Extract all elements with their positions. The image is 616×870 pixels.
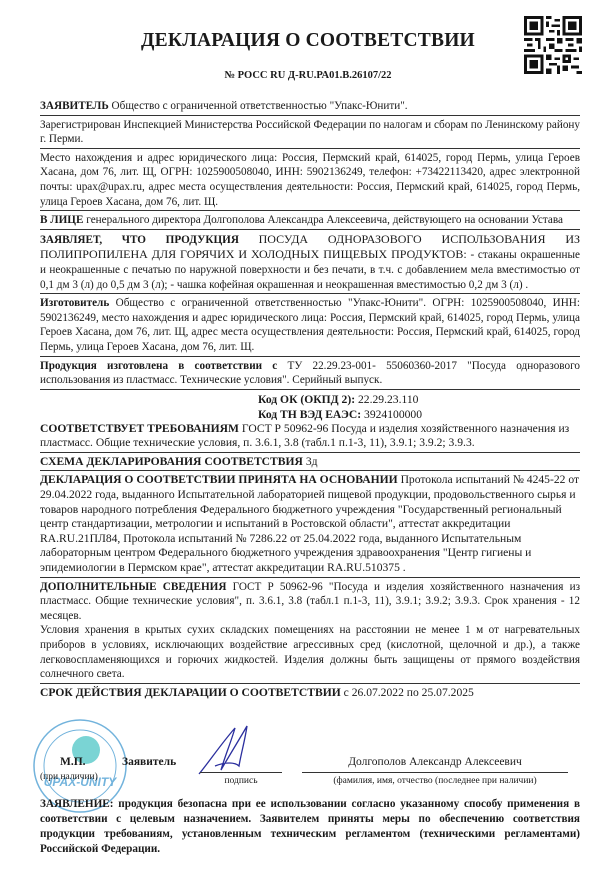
conforms-section: СООТВЕТСТВУЕТ ТРЕБОВАНИЯМ ГОСТ Р 50962-9… xyxy=(40,422,580,453)
represented-by-label: В ЛИЦЕ xyxy=(40,214,83,226)
name-line xyxy=(302,772,568,773)
seal-label: М.П. xyxy=(60,756,86,768)
produced-per-label: Продукция изготовлена в соответствии с xyxy=(40,360,277,372)
manufacturer-label: Изготовитель xyxy=(40,297,109,309)
okpd-code: Код ОК (ОКПД 2): 22.29.23.110 xyxy=(258,392,580,407)
storage-conditions: Условия хранения в крытых сухих складски… xyxy=(40,623,580,681)
tnved-label: Код ТН ВЭД ЕАЭС: xyxy=(258,408,361,421)
validity-label: СРОК ДЕЙСТВИЯ ДЕКЛАРАЦИИ О СООТВЕТСТВИИ xyxy=(40,686,341,699)
basis-label: ДЕКЛАРАЦИЯ О СООТВЕТСТВИИ ПРИНЯТА НА ОСН… xyxy=(40,473,398,486)
produced-per-section: Продукция изготовлена в соответствии с Т… xyxy=(40,359,580,390)
represented-by-text: генерального директора Долгополова Алекс… xyxy=(86,214,563,226)
additional-info: ДОПОЛНИТЕЛЬНЫЕ СВЕДЕНИЯ ГОСТ Р 50962-96 … xyxy=(40,580,580,624)
seal-sublabel: (при наличии) xyxy=(40,772,98,782)
signatory-name: Долгополов Александр Алексеевич xyxy=(302,756,568,768)
applicant-signature-label: Заявитель xyxy=(122,756,176,768)
qr-code-icon xyxy=(524,16,582,74)
statement-text: продукция безопасна при ее использовании… xyxy=(40,798,580,855)
product-codes: Код ОК (ОКПД 2): 22.29.23.110 Код ТН ВЭД… xyxy=(40,392,580,422)
scheme-value: 3д xyxy=(306,455,318,468)
additional-label: ДОПОЛНИТЕЛЬНЫЕ СВЕДЕНИЯ xyxy=(40,581,226,593)
applicant-text: Общество с ограниченной ответственностью… xyxy=(112,100,408,112)
signature-line xyxy=(200,772,282,773)
address-section: Место нахождения и адрес юридического ли… xyxy=(40,151,580,211)
manufacturer-section: Изготовитель Общество с ограниченной отв… xyxy=(40,296,580,356)
applicant-label: ЗАЯВИТЕЛЬ xyxy=(40,100,109,112)
applicant-section: ЗАЯВИТЕЛЬ Общество с ограниченной ответс… xyxy=(40,99,580,116)
scheme-section: СХЕМА ДЕКЛАРИРОВАНИЯ СООТВЕТСТВИЯ 3д xyxy=(40,455,580,472)
validity-section: СРОК ДЕЙСТВИЯ ДЕКЛАРАЦИИ О СООТВЕТСТВИИ … xyxy=(40,686,580,702)
registration-section: Зарегистрирован Инспекцией Министерства … xyxy=(40,118,580,149)
conforms-label: СООТВЕТСТВУЕТ ТРЕБОВАНИЯМ xyxy=(40,422,239,435)
basis-text: Протокола испытаний № 4245-22 от 29.04.2… xyxy=(40,473,579,574)
declaration-body: ЗАЯВИТЕЛЬ Общество с ограниченной ответс… xyxy=(40,99,580,703)
statement-section: ЗАЯВЛЕНИЕ: продукция безопасна при ее ис… xyxy=(40,797,580,857)
scheme-label: СХЕМА ДЕКЛАРИРОВАНИЯ СООТВЕТСТВИЯ xyxy=(40,455,303,468)
basis-section: ДЕКЛАРАЦИЯ О СООТВЕТСТВИИ ПРИНЯТА НА ОСН… xyxy=(40,473,580,577)
validity-period: с 26.07.2022 по 25.07.2025 xyxy=(344,686,474,699)
manufacturer-text: Общество с ограниченной ответственностью… xyxy=(40,297,580,353)
statement-label: ЗАЯВЛЕНИЕ: xyxy=(40,798,114,810)
signature-caption: подпись xyxy=(200,776,282,786)
name-caption: (фамилия, имя, отчество (последнее при н… xyxy=(302,776,568,786)
okpd-label: Код ОК (ОКПД 2): xyxy=(258,393,355,406)
signature-block: М.П. (при наличии) Заявитель подпись Дол… xyxy=(40,742,580,792)
tnved-code: Код ТН ВЭД ЕАЭС: 3924100000 xyxy=(258,407,580,422)
declares-label: ЗАЯВЛЯЕТ, ЧТО ПРОДУКЦИЯ xyxy=(40,234,239,246)
declares-section: ЗАЯВЛЯЕТ, ЧТО ПРОДУКЦИЯ ПОСУДА ОДНОРАЗОВ… xyxy=(40,232,580,294)
additional-section: ДОПОЛНИТЕЛЬНЫЕ СВЕДЕНИЯ ГОСТ Р 50962-96 … xyxy=(40,580,580,684)
represented-by-section: В ЛИЦЕ генерального директора Долгополов… xyxy=(40,213,580,230)
okpd-value: 22.29.23.110 xyxy=(358,393,418,406)
tnved-value: 3924100000 xyxy=(364,408,422,421)
declaration-page: ДЕКЛАРАЦИЯ О СООТВЕТСТВИИ № РОСС RU Д-RU… xyxy=(0,0,616,870)
